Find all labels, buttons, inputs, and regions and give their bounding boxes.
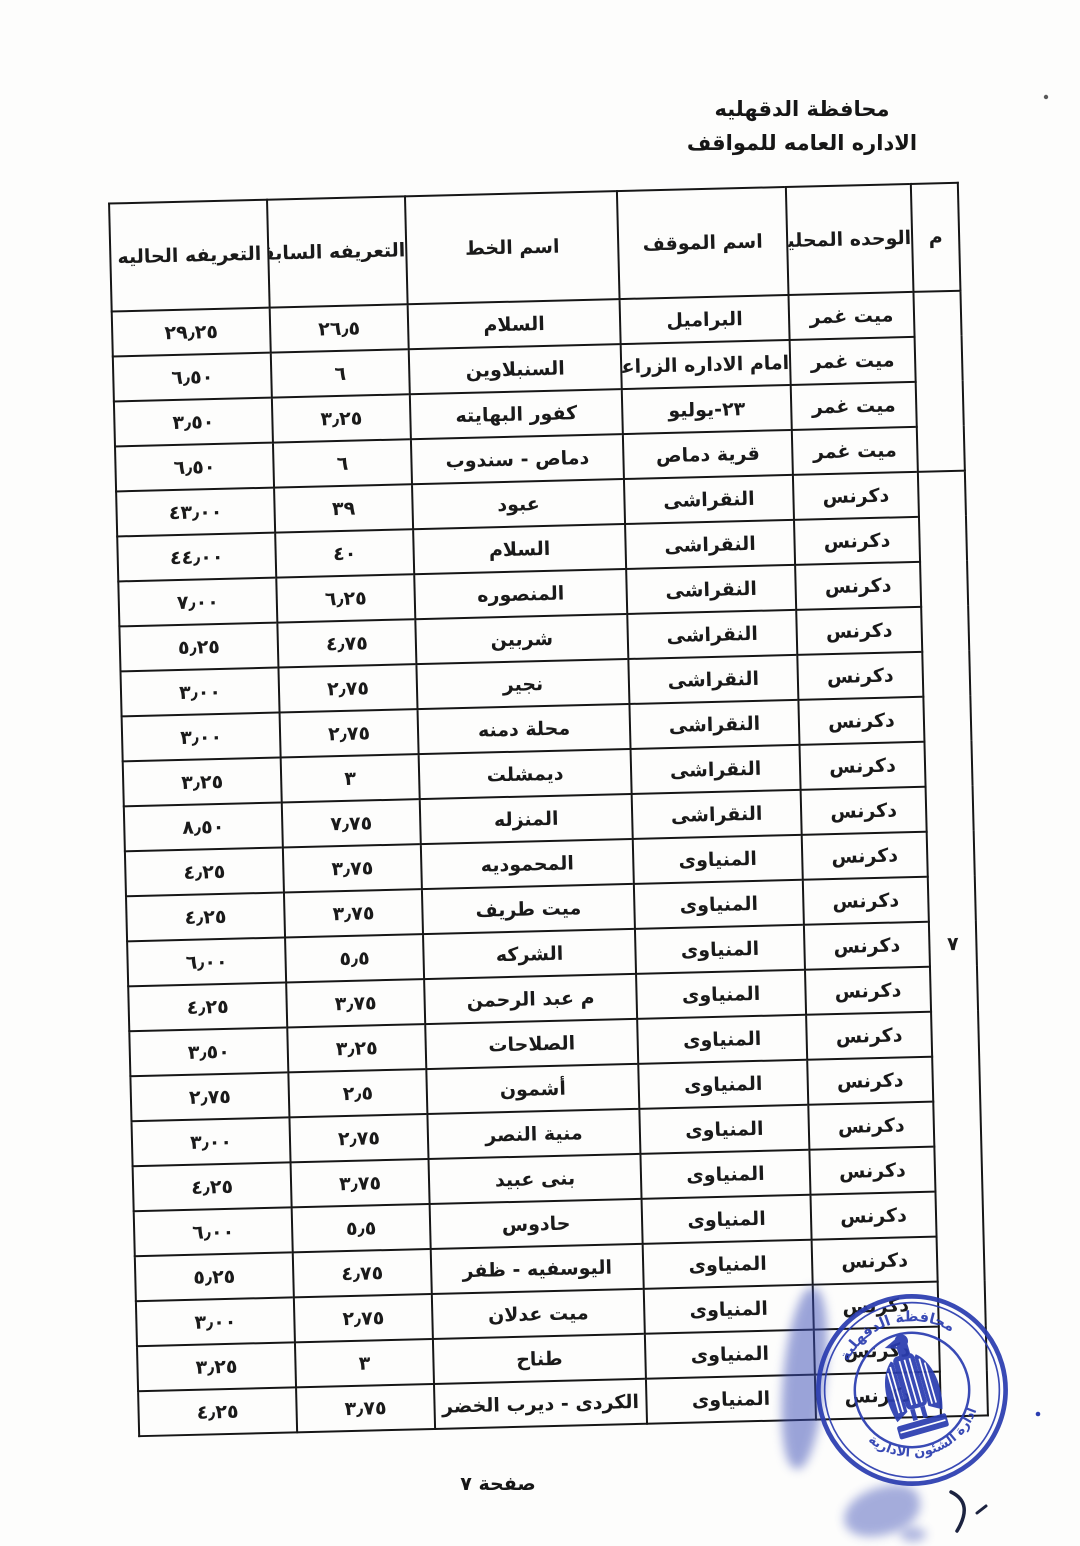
curr-tariff-cell: ٦٫٠٠: [127, 937, 286, 986]
line-cell: المنصوره: [414, 569, 627, 619]
ink-smudge: [900, 1527, 926, 1542]
unit-cell: ميت غمر: [792, 427, 918, 475]
prev-tariff-cell: ٤٠: [275, 529, 414, 577]
line-cell: ديمشلت: [419, 749, 632, 799]
curr-tariff-cell: ٤٫٢٥: [133, 1162, 292, 1211]
unit-cell: دكرنس: [804, 922, 930, 970]
curr-tariff-cell: ٦٫٥٠: [113, 353, 272, 402]
unit-cell: دكرنس: [796, 607, 922, 655]
station-cell: ٢٣-يوليو: [622, 385, 792, 434]
tariff-table-wrapper: م الوحده المحليه اسم الموقف اسم الخط الت…: [108, 182, 987, 1437]
prev-tariff-cell: ٢٫٧٥: [294, 1294, 433, 1342]
curr-tariff-cell: ٦٫٥٠: [115, 443, 274, 492]
unit-cell: دكرنس: [807, 1057, 933, 1105]
header-current-tariff: التعريفه الحاليه: [109, 200, 270, 312]
serial-group-cell: [913, 291, 964, 472]
unit-cell: دكرنس: [798, 697, 924, 745]
station-cell: المنياوى: [640, 1150, 810, 1199]
curr-tariff-cell: ٣٫٠٠: [136, 1297, 295, 1346]
prev-tariff-cell: ٣٫٧٥: [286, 979, 425, 1027]
prev-tariff-cell: ٣٫٧٥: [284, 889, 423, 937]
station-cell: المنياوى: [638, 1060, 808, 1109]
letterhead: محافظة الدقهليه الاداره العامه للمواقف: [637, 92, 967, 160]
curr-tariff-cell: ٥٫٢٥: [135, 1252, 294, 1301]
unit-cell: دكرنس: [795, 562, 921, 610]
curr-tariff-cell: ٤٫٢٥: [128, 982, 287, 1031]
unit-cell: دكرنس: [814, 1327, 940, 1375]
station-cell: المنياوى: [643, 1240, 813, 1289]
prev-tariff-cell: ٦: [273, 439, 412, 487]
prev-tariff-cell: ٦٫٢٥: [276, 574, 415, 622]
unit-cell: دكرنس: [803, 877, 929, 925]
line-cell: م عبد الرحمن: [424, 974, 637, 1024]
curr-tariff-cell: ٣٫٥٠: [114, 398, 273, 447]
line-cell: السلام: [413, 524, 626, 574]
line-cell: محلة دمنه: [418, 704, 631, 754]
prev-tariff-cell: ٢٫٥: [288, 1069, 427, 1117]
station-cell: المنياوى: [635, 925, 805, 974]
line-cell: المنزله: [420, 794, 633, 844]
curr-tariff-cell: ٣٫٠٠: [122, 713, 281, 762]
tariff-table-body: ميت غمرالبراميلالسلام٢٦٫٥٢٩٫٢٥ميت غمراما…: [112, 291, 988, 1436]
station-cell: البراميل: [620, 295, 790, 344]
station-cell: النقراشى: [627, 610, 797, 659]
unit-cell: ميت غمر: [791, 382, 917, 430]
station-cell: النقراشى: [624, 475, 794, 524]
prev-tariff-cell: ٢٫٧٥: [280, 709, 419, 757]
curr-tariff-cell: ٨٫٥٠: [124, 802, 283, 851]
station-cell: النقراشى: [626, 565, 796, 614]
line-cell: منية النصر: [427, 1109, 640, 1159]
unit-cell: ميت غمر: [790, 337, 916, 385]
line-cell: شربين: [415, 614, 628, 664]
unit-cell: دكرنس: [813, 1282, 939, 1330]
header-line-name: اسم الخط: [405, 191, 620, 304]
governorate-title: محافظة الدقهليه: [637, 92, 967, 126]
prev-tariff-cell: ٣٫٧٥: [296, 1384, 435, 1432]
curr-tariff-cell: ٤٫٢٥: [125, 847, 284, 896]
unit-cell: دكرنس: [794, 517, 920, 565]
ink-smudge: [839, 1479, 925, 1542]
scan-speck: [1044, 95, 1048, 99]
ink-speck: [1036, 1412, 1041, 1417]
unit-cell: دكرنس: [805, 967, 931, 1015]
curr-tariff-cell: ٢٩٫٢٥: [112, 308, 271, 357]
pen-dash: [977, 1506, 986, 1513]
line-cell: السنبلاوين: [409, 344, 622, 394]
line-cell: دماص - سندوب: [411, 434, 624, 484]
scanned-document-page: محافظة الدقهليه الاداره العامه للمواقف م…: [0, 0, 1080, 1546]
prev-tariff-cell: ٥٫٥: [292, 1204, 431, 1252]
prev-tariff-cell: ٣٫٢٥: [272, 394, 411, 442]
unit-cell: ميت غمر: [789, 292, 915, 340]
curr-tariff-cell: ٢٫٧٥: [130, 1072, 289, 1121]
prev-tariff-cell: ٣: [295, 1339, 434, 1387]
line-cell: أشمون: [426, 1064, 639, 1114]
prev-tariff-cell: ٢٫٧٥: [278, 664, 417, 712]
curr-tariff-cell: ٤٣٫٠٠: [116, 488, 275, 537]
line-cell: السلام: [408, 299, 621, 349]
department-title: الاداره العامه للمواقف: [637, 126, 967, 160]
station-cell: المنياوى: [645, 1330, 815, 1379]
unit-cell: دكرنس: [801, 787, 927, 835]
prev-tariff-cell: ٥٫٥: [285, 934, 424, 982]
unit-cell: دكرنس: [812, 1237, 938, 1285]
prev-tariff-cell: ٢٦٫٥: [270, 304, 409, 352]
header-local-unit: الوحده المحليه: [786, 184, 914, 295]
header-serial: م: [911, 183, 961, 292]
table-header-row: م الوحده المحليه اسم الموقف اسم الخط الت…: [109, 183, 960, 312]
line-cell: ميت طريف: [422, 884, 635, 934]
station-cell: المنياوى: [637, 1015, 807, 1064]
unit-cell: دكرنس: [793, 472, 919, 520]
prev-tariff-cell: ٣٩: [274, 484, 413, 532]
station-cell: قرية دماص: [623, 430, 793, 479]
curr-tariff-cell: ٣٫٥٠: [129, 1027, 288, 1076]
station-cell: النقراشى: [625, 520, 795, 569]
curr-tariff-cell: ٦٫٠٠: [134, 1207, 293, 1256]
curr-tariff-cell: ٣٫٠٠: [120, 668, 279, 717]
prev-tariff-cell: ٢٫٧٥: [289, 1114, 428, 1162]
station-cell: النقراشى: [632, 790, 802, 839]
station-cell: النقراشى: [628, 655, 798, 704]
station-cell: المنياوى: [633, 835, 803, 884]
line-cell: حادوس: [430, 1199, 643, 1249]
curr-tariff-cell: ٣٫٢٥: [123, 758, 282, 807]
curr-tariff-cell: ٣٫٠٠: [131, 1117, 290, 1166]
line-cell: الشركه: [423, 929, 636, 979]
prev-tariff-cell: ٤٫٧٥: [293, 1249, 432, 1297]
curr-tariff-cell: ٣٫٢٥: [137, 1342, 296, 1391]
curr-tariff-cell: ٧٫٠٠: [118, 578, 277, 627]
header-station-name: اسم الموقف: [617, 187, 789, 299]
station-cell: المنياوى: [634, 880, 804, 929]
prev-tariff-cell: ٣: [281, 754, 420, 802]
station-cell: النقراشى: [631, 745, 801, 794]
line-cell: طناح: [433, 1334, 646, 1384]
line-cell: كفور البهايته: [410, 389, 623, 439]
curr-tariff-cell: ٤٫٢٥: [126, 892, 285, 941]
line-cell: اليوسفيه - ظفر: [431, 1244, 644, 1294]
unit-cell: دكرنس: [806, 1012, 932, 1060]
prev-tariff-cell: ٤٫٧٥: [277, 619, 416, 667]
station-cell: المنياوى: [646, 1375, 816, 1424]
unit-cell: دكرنس: [810, 1192, 936, 1240]
line-cell: نجير: [416, 659, 629, 709]
curr-tariff-cell: ٤٫٢٥: [138, 1387, 297, 1436]
station-cell: المنياوى: [642, 1195, 812, 1244]
pen-stroke: [951, 1492, 964, 1531]
curr-tariff-cell: ٥٫٢٥: [119, 623, 278, 672]
station-cell: المنياوى: [639, 1105, 809, 1154]
prev-tariff-cell: ٦: [271, 349, 410, 397]
line-cell: ميت عدلان: [432, 1289, 645, 1339]
line-cell: الصلاحات: [425, 1019, 638, 1069]
line-cell: عبود: [412, 479, 625, 529]
unit-cell: دكرنس: [799, 742, 925, 790]
unit-cell: دكرنس: [797, 652, 923, 700]
station-cell: المنياوى: [636, 970, 806, 1019]
page-number: صفحة ٧: [438, 1473, 558, 1495]
line-cell: المحموديه: [421, 839, 634, 889]
station-cell: امام الاداره الزراعيه: [621, 340, 791, 389]
prev-tariff-cell: ٣٫٧٥: [283, 844, 422, 892]
curr-tariff-cell: ٤٤٫٠٠: [117, 533, 276, 582]
unit-cell: دكرنس: [808, 1102, 934, 1150]
prev-tariff-cell: ٣٫٢٥: [287, 1024, 426, 1072]
line-cell: بنى عبيد: [429, 1154, 642, 1204]
line-cell: الكردى - ديرب الخضر: [434, 1379, 647, 1429]
unit-cell: دكرنس: [815, 1372, 941, 1420]
station-cell: المنياوى: [644, 1285, 814, 1334]
tariff-table: م الوحده المحليه اسم الموقف اسم الخط الت…: [108, 182, 989, 1437]
unit-cell: دكرنس: [809, 1147, 935, 1195]
header-previous-tariff: التعريفه السابقه: [267, 196, 408, 307]
station-cell: النقراشى: [629, 700, 799, 749]
prev-tariff-cell: ٣٫٧٥: [291, 1159, 430, 1207]
unit-cell: دكرنس: [802, 832, 928, 880]
prev-tariff-cell: ٧٫٧٥: [282, 799, 421, 847]
